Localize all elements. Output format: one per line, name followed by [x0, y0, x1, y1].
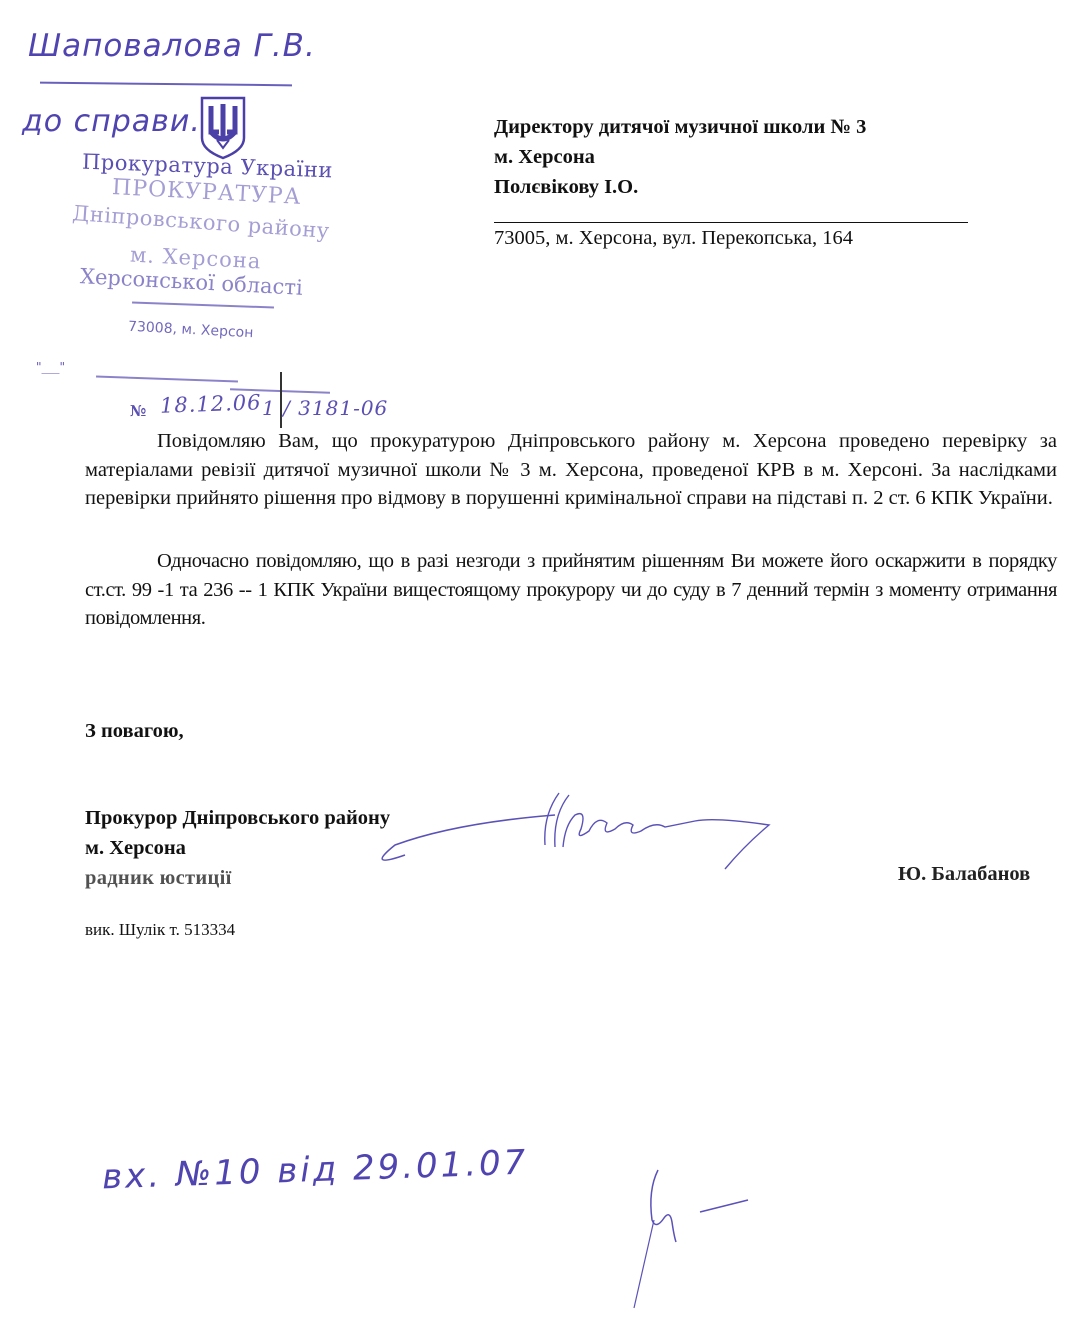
- stamp-number-handwritten: 1 / 3181-06: [262, 396, 388, 420]
- stamp-date-prefix: "___": [36, 360, 65, 374]
- trident-emblem-icon: [198, 94, 248, 160]
- executor-info: вик. Шулік т. 513334: [85, 920, 235, 940]
- stamp-number-prefix: №: [130, 402, 146, 420]
- stamp-date-rule: [96, 376, 238, 383]
- stamp-line-5: Херсонської області: [80, 264, 304, 300]
- signatory-title-1: Прокурор Дніпровського району: [85, 803, 390, 833]
- stamp: Прокуратура України ПРОКУРАТУРА Дніпровс…: [0, 0, 420, 430]
- stamp-divider: [132, 302, 274, 309]
- letter-body-2: Одночасно повідомляю, що в разі незгоди …: [85, 547, 1057, 633]
- stamp-address: 73008, м. Херсон: [128, 319, 254, 342]
- signatory-name: Ю. Балабанов: [898, 863, 1030, 886]
- letter-body: Повідомляю Вам, що прокуратурою Дніпровс…: [85, 427, 1057, 513]
- signature-icon: [375, 785, 785, 885]
- body-paragraph-2: Одночасно повідомляю, що в разі незгоди …: [85, 547, 1057, 633]
- recipient-line-3: Полєвікову І.О.: [494, 172, 974, 202]
- signatory-rank: радник юстиції: [85, 863, 390, 893]
- signatory-block: Прокурор Дніпровського району м. Херсона…: [85, 803, 390, 893]
- stamp-date-handwritten: 18.12.06: [160, 390, 262, 418]
- signatory-title-2: м. Херсона: [85, 833, 390, 863]
- initials-signature-icon: [620, 1160, 770, 1310]
- recipient-line-2: м. Херсона: [494, 142, 974, 172]
- recipient-block: Директору дитячої музичної школи № 3 м. …: [494, 112, 974, 251]
- recipient-line-1: Директору дитячої музичної школи № 3: [494, 112, 974, 142]
- recipient-address: 73005, м. Херсона, вул. Перекопська, 164: [494, 225, 974, 251]
- recipient-divider: [494, 222, 968, 223]
- body-paragraph-1: Повідомляю Вам, що прокуратурою Дніпровс…: [85, 427, 1057, 513]
- closing: З повагою,: [85, 720, 184, 743]
- incoming-registration-note: вх. №10 від 29.01.07: [101, 1143, 529, 1198]
